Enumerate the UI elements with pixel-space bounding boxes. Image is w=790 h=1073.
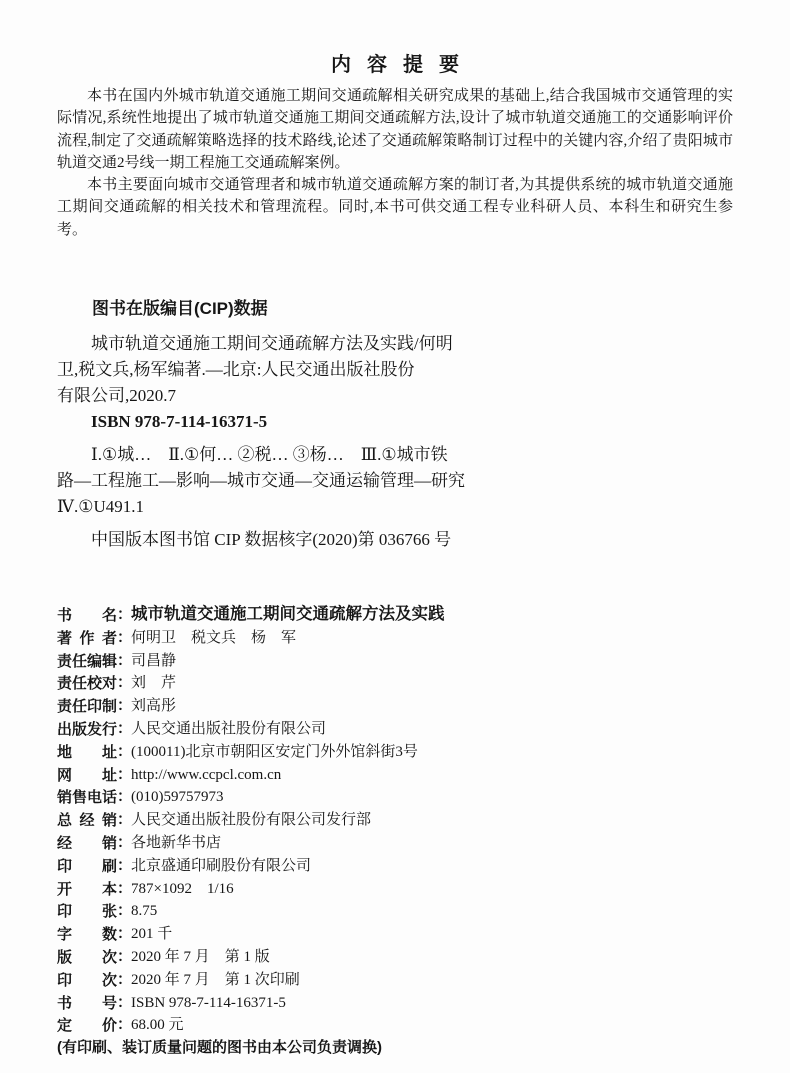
colophon-row-label: 印张 (57, 901, 117, 923)
colophon-row-colon: ： (117, 764, 129, 786)
colophon-row-value: (010)59757973 (129, 789, 224, 805)
colophon-row-label: 字数 (57, 924, 117, 946)
cip-data-block: 城市轨道交通施工期间交通疏解方法及实践/何明卫,税文兵,杨军编著.—北京:人民交… (57, 331, 733, 553)
colophon-row-label: 总经销 (57, 810, 117, 832)
colophon-row-value: 城市轨道交通施工期间交通疏解方法及实践 (129, 605, 445, 623)
colophon-row-value: 刘 芹 (129, 675, 176, 691)
colophon-row: 地址：(100011)北京市朝阳区安定门外外馆斜街3号 (57, 741, 733, 764)
colophon-row-value: (100011)北京市朝阳区安定门外外馆斜街3号 (129, 744, 418, 760)
colophon-row-colon: ： (117, 969, 129, 991)
colophon-row: 著作者：何明卫 税文兵 杨 军 (57, 627, 733, 650)
cip-line: 路—工程施工—影响—城市交通—交通运输管理—研究 (57, 468, 733, 494)
colophon-row-label: 网址 (57, 765, 117, 787)
colophon-row: 责任印制：刘高彤 (57, 695, 733, 718)
cip-line: 卫,税文兵,杨军编著.—北京:人民交通出版社股份 (57, 357, 733, 383)
colophon-row-colon: ： (117, 650, 129, 672)
colophon-row-colon: ： (117, 627, 129, 649)
colophon-row-colon: ： (117, 695, 129, 717)
colophon-row-colon: ： (117, 992, 129, 1014)
colophon-row-colon: ： (117, 900, 129, 922)
colophon-row-value: 8.75 (129, 903, 157, 919)
colophon-row-colon: ： (117, 604, 129, 626)
colophon-row-value: ISBN 978-7-114-16371-5 (129, 995, 286, 1011)
colophon-row-colon: ： (117, 1014, 129, 1036)
colophon-row-colon: ： (117, 878, 129, 900)
colophon-row-label: 经销 (57, 833, 117, 855)
colophon-row: 书名：城市轨道交通施工期间交通疏解方法及实践 (57, 604, 733, 627)
colophon-row-label: 地址 (57, 742, 117, 764)
colophon-row-label: 书号 (57, 993, 117, 1015)
colophon-row-label: 责任校对 (57, 673, 117, 695)
cip-line: 城市轨道交通施工期间交通疏解方法及实践/何明 (57, 331, 733, 357)
colophon-row-colon: ： (117, 946, 129, 968)
colophon-row-label: 责任印制 (57, 696, 117, 718)
colophon-row: 责任编辑：司昌静 (57, 650, 733, 673)
colophon-row: 经销：各地新华书店 (57, 832, 733, 855)
colophon-row-value: 人民交通出版社股份有限公司 (129, 721, 326, 737)
colophon-row-value: 2020 年 7 月 第 1 次印刷 (129, 972, 300, 988)
colophon-row: 定价：68.00 元 (57, 1014, 733, 1037)
colophon-row-label: 定价 (57, 1015, 117, 1037)
colophon-row: 责任校对：刘 芹 (57, 672, 733, 695)
colophon-row-value: 68.00 元 (129, 1017, 184, 1033)
summary-paragraph: 本书在国内外城市轨道交通施工期间交通疏解相关研究成果的基础上,结合我国城市交通管… (57, 85, 733, 174)
colophon-row: 总经销：人民交通出版社股份有限公司发行部 (57, 809, 733, 832)
colophon-row-value: 刘高彤 (129, 698, 176, 714)
colophon-row-colon: ： (117, 672, 129, 694)
colophon-row-label: 印次 (57, 970, 117, 992)
colophon-row: 印次：2020 年 7 月 第 1 次印刷 (57, 969, 733, 992)
colophon-row-label: 书名 (57, 605, 117, 627)
colophon-row-colon: ： (117, 855, 129, 877)
colophon-section: 书名：城市轨道交通施工期间交通疏解方法及实践著作者：何明卫 税文兵 杨 军责任编… (57, 604, 733, 1037)
cip-line: Ⅳ.①U491.1 (57, 494, 733, 520)
colophon-row: 印刷：北京盛通印刷股份有限公司 (57, 855, 733, 878)
colophon-row-colon: ： (117, 832, 129, 854)
colophon-row-value: 各地新华书店 (129, 835, 221, 851)
colophon-row-value: 北京盛通印刷股份有限公司 (129, 858, 311, 874)
cip-heading: 图书在版编目(CIP)数据 (92, 297, 733, 321)
colophon-row: 开本：787×1092 1/16 (57, 878, 733, 901)
summary-section: 本书在国内外城市轨道交通施工期间交通疏解相关研究成果的基础上,结合我国城市交通管… (57, 85, 733, 241)
colophon-row-colon: ： (117, 809, 129, 831)
page-title: 内容提要 (57, 52, 733, 78)
quality-note: (有印刷、装订质量问题的图书由本公司负责调换) (57, 1037, 733, 1059)
colophon-row-value: 2020 年 7 月 第 1 版 (129, 949, 270, 965)
colophon-row-colon: ： (117, 718, 129, 740)
summary-paragraph: 本书主要面向城市交通管理者和城市轨道交通疏解方案的制订者,为其提供系统的城市轨道… (57, 174, 733, 241)
colophon-row-label: 出版发行 (57, 719, 117, 741)
colophon-row-label: 销售电话 (57, 787, 117, 809)
colophon-row-label: 开本 (57, 879, 117, 901)
colophon-row: 书号：ISBN 978-7-114-16371-5 (57, 992, 733, 1015)
colophon-row-value: http://www.ccpcl.com.cn (129, 767, 281, 783)
cip-line: 中国版本图书馆 CIP 数据核字(2020)第 036766 号 (57, 527, 733, 553)
copyright-page: 内容提要 本书在国内外城市轨道交通施工期间交通疏解相关研究成果的基础上,结合我国… (0, 0, 790, 1073)
cip-line: Ⅰ.①城… Ⅱ.①何… ②税… ③杨… Ⅲ.①城市铁 (57, 442, 733, 468)
colophon-row: 印张：8.75 (57, 900, 733, 923)
colophon-row-colon: ： (117, 741, 129, 763)
colophon-row-value: 司昌静 (129, 653, 176, 669)
colophon-row-label: 责任编辑 (57, 651, 117, 673)
colophon-row: 出版发行：人民交通出版社股份有限公司 (57, 718, 733, 741)
colophon-row: 版次：2020 年 7 月 第 1 版 (57, 946, 733, 969)
colophon-row-value: 何明卫 税文兵 杨 军 (129, 630, 296, 646)
colophon-row-label: 著作者 (57, 628, 117, 650)
colophon-row-label: 印刷 (57, 856, 117, 878)
colophon-row-label: 版次 (57, 947, 117, 969)
colophon-row: 字数：201 千 (57, 923, 733, 946)
colophon-row-value: 人民交通出版社股份有限公司发行部 (129, 812, 371, 828)
colophon-row-colon: ： (117, 923, 129, 945)
cip-line: ISBN 978-7-114-16371-5 (57, 409, 733, 435)
cip-line: 有限公司,2020.7 (57, 383, 733, 409)
colophon-row-value: 787×1092 1/16 (129, 881, 234, 897)
colophon-row-value: 201 千 (129, 926, 172, 942)
colophon-row-colon: ： (117, 786, 129, 808)
colophon-row: 销售电话：(010)59757973 (57, 786, 733, 809)
colophon-row: 网址：http://www.ccpcl.com.cn (57, 764, 733, 787)
